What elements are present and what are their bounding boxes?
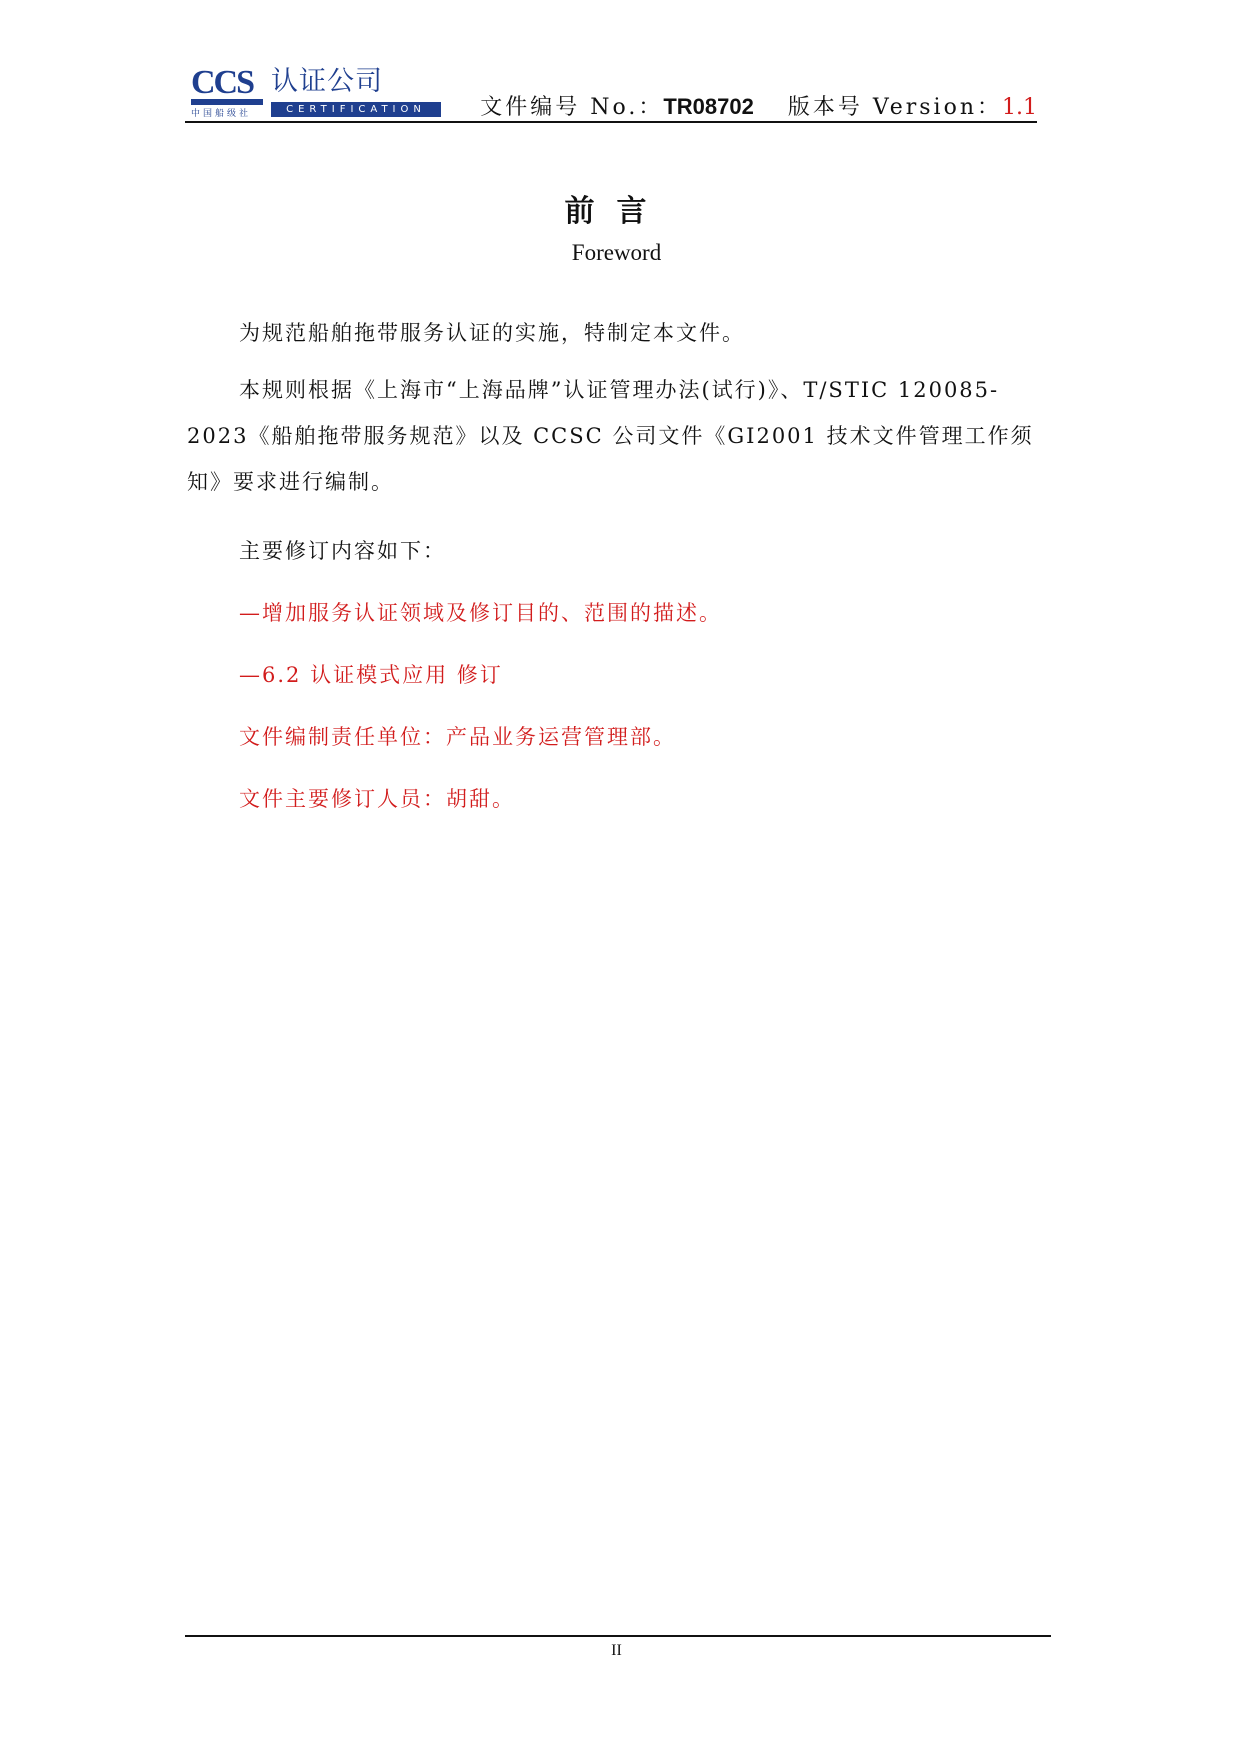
revision-intro: 主要修订内容如下： <box>187 528 1053 574</box>
page-number: II <box>0 1642 1233 1660</box>
revision-author: 文件主要修订人员：胡甜。 <box>187 776 1053 822</box>
paragraph: 为规范船舶拖带服务认证的实施，特制定本文件。 <box>187 310 1053 356</box>
doc-no: TR08702 <box>663 94 754 119</box>
foreword-basis: 本规则根据《上海市“上海品牌”认证管理办法(试行)》、T/STIC 120085… <box>187 367 1053 505</box>
ccs-certification-logo: CCS 中国船级社 认证公司 CERTIFICATION <box>191 66 441 122</box>
foreword-body: 为规范船舶拖带服务认证的实施，特制定本文件。 <box>187 310 1053 356</box>
responsible-unit: 文件编制责任单位：产品业务运营管理部。 <box>187 714 1053 760</box>
paragraph: 本规则根据《上海市“上海品牌”认证管理办法(试行)》、T/STIC 120085… <box>187 367 1053 505</box>
page-header: CCS 中国船级社 认证公司 CERTIFICATION 文件编号 No.：TR… <box>185 62 1037 122</box>
document-meta: 文件编号 No.：TR08702版本号 Version：1.1 <box>480 90 1037 121</box>
footer-divider <box>185 1635 1051 1637</box>
revision-item: —增加服务认证领域及修订目的、范围的描述。 <box>187 590 1053 636</box>
logo-society-en-bar <box>191 99 263 105</box>
logo-society-cn: 中国船级社 <box>191 106 251 119</box>
logo-brand: CCS <box>191 66 253 100</box>
revision-item: —6.2 认证模式应用 修订 <box>187 652 1053 698</box>
paragraph: 主要修订内容如下： <box>187 528 1053 574</box>
page-subtitle: Foreword <box>0 240 1233 266</box>
page-title: 前言 <box>0 186 1233 230</box>
version-value: 1.1 <box>1002 95 1037 120</box>
doc-no-label: 文件编号 No.： <box>480 95 663 120</box>
revision-list: —增加服务认证领域及修订目的、范围的描述。 —6.2 认证模式应用 修订 文件编… <box>187 590 1053 822</box>
logo-cert-en: CERTIFICATION <box>271 102 441 117</box>
version-label: 版本号 Version： <box>788 95 1002 120</box>
logo-cert-cn: 认证公司 <box>271 67 383 97</box>
header-divider <box>185 121 1037 123</box>
